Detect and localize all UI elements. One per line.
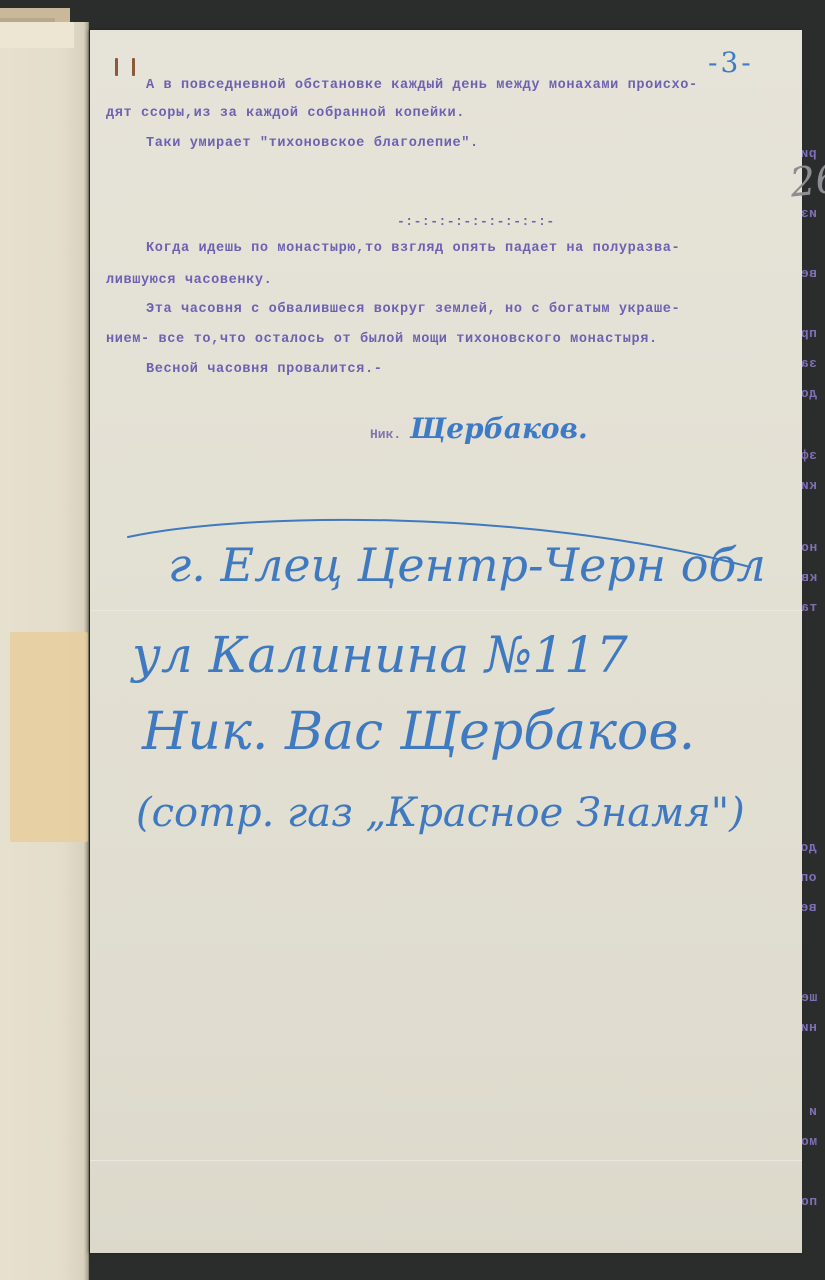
adhesive-tape-patch bbox=[10, 632, 88, 842]
signature-handwritten: Щербаков. bbox=[410, 412, 588, 445]
archive-folio-number: 26 bbox=[788, 155, 825, 206]
handwritten-address-employer: (сотр. газ „Красное Знамя") bbox=[136, 790, 745, 836]
section-separator: -:-:-:-:-:-:-:-:-:- bbox=[397, 214, 555, 229]
typed-line: Когда идешь по монастырю,то взгляд опять… bbox=[146, 241, 680, 256]
handwritten-address-city: г. Елец Центр-Черн обл bbox=[168, 538, 766, 592]
staple-mark bbox=[115, 58, 118, 76]
typed-line: дят ссоры,из за каждой собранной копейки… bbox=[106, 106, 465, 121]
typed-line: Весной часовня провалится.- bbox=[146, 362, 382, 377]
typed-line: Эта часовня с обвалившеся вокруг землей,… bbox=[146, 302, 680, 317]
page-number: -3- bbox=[708, 46, 754, 79]
signature-typed-initial: Ник. bbox=[370, 427, 401, 442]
typed-line: нием- все то,что осталось от былой мощи … bbox=[106, 332, 658, 347]
handwritten-address-name: Ник. Вас Щербаков. bbox=[142, 702, 695, 762]
adjacent-page-top-edge bbox=[0, 22, 74, 48]
typed-line: А в повседневной обстановке каждый день … bbox=[146, 78, 698, 93]
handwritten-address-street: ул Калинина №117 bbox=[132, 626, 628, 684]
typed-line: лившуюся часовенку. bbox=[106, 273, 272, 288]
typed-line: Таки умирает "тихоновское благолепие". bbox=[146, 136, 479, 151]
staple-mark bbox=[132, 58, 135, 76]
